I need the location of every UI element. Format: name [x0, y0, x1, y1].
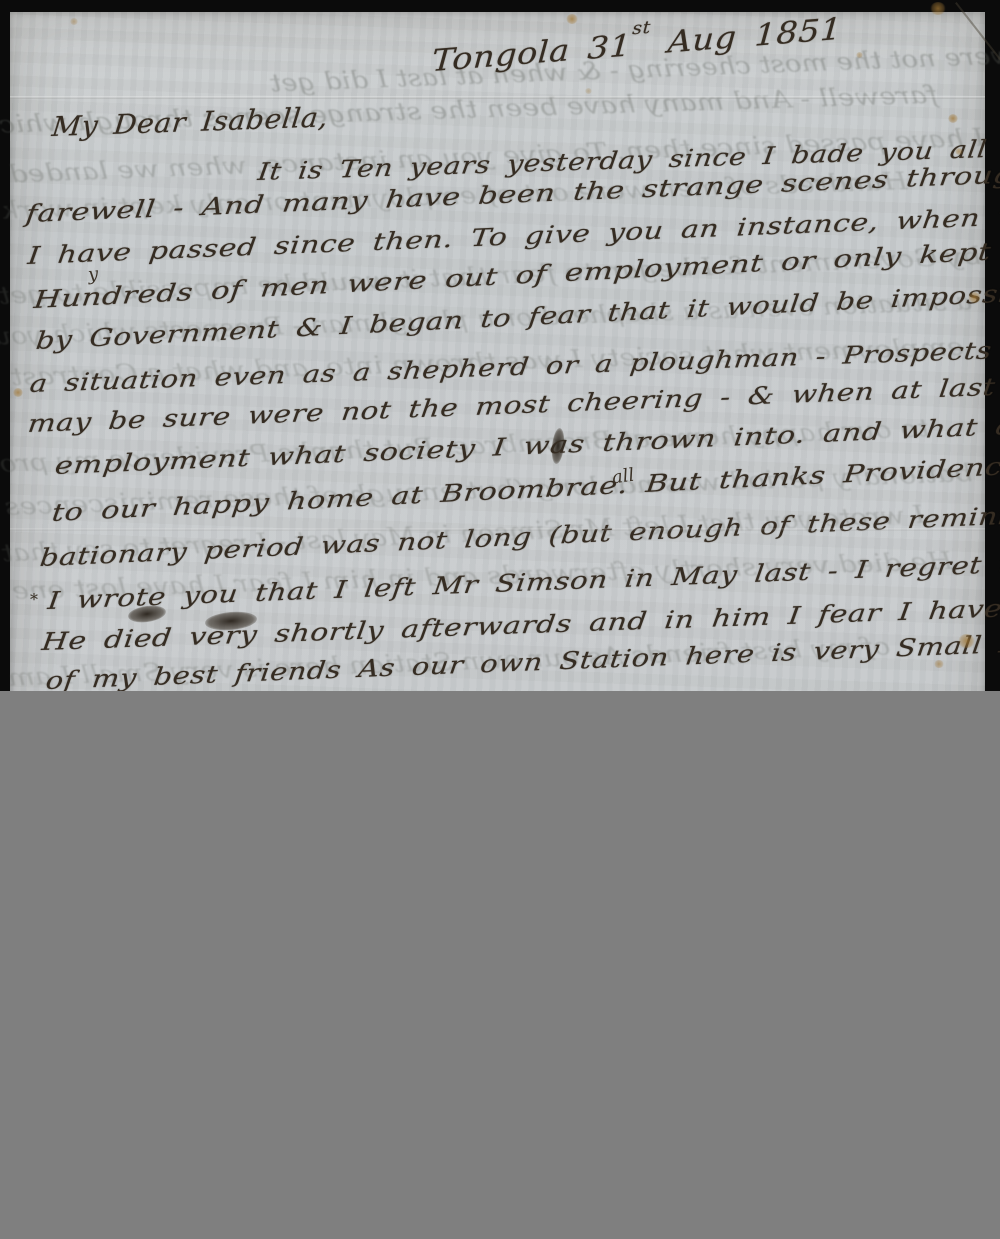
foxing-spot [930, 2, 946, 15]
caret-insertion: y [87, 264, 99, 286]
foxing-spot [955, 148, 963, 155]
crease-line [10, 96, 985, 99]
obscured-region-overlay [0, 691, 1000, 1239]
margin-mark: * [30, 590, 38, 609]
foxing-spot [13, 388, 23, 397]
foxing-spot [856, 52, 863, 58]
foxing-spot [566, 14, 578, 24]
letter-photograph: may be sure were not the most cheering -… [0, 0, 1000, 1239]
foxing-spot [968, 292, 981, 303]
foxing-spot [958, 634, 975, 648]
foxing-spot [948, 114, 958, 123]
dateline-ordinal: st [632, 18, 652, 40]
foxing-spot [585, 88, 592, 94]
foxing-spot [934, 660, 944, 668]
caret-insertion: all [611, 465, 636, 489]
foxing-spot [70, 18, 78, 25]
crease-line [10, 528, 985, 531]
